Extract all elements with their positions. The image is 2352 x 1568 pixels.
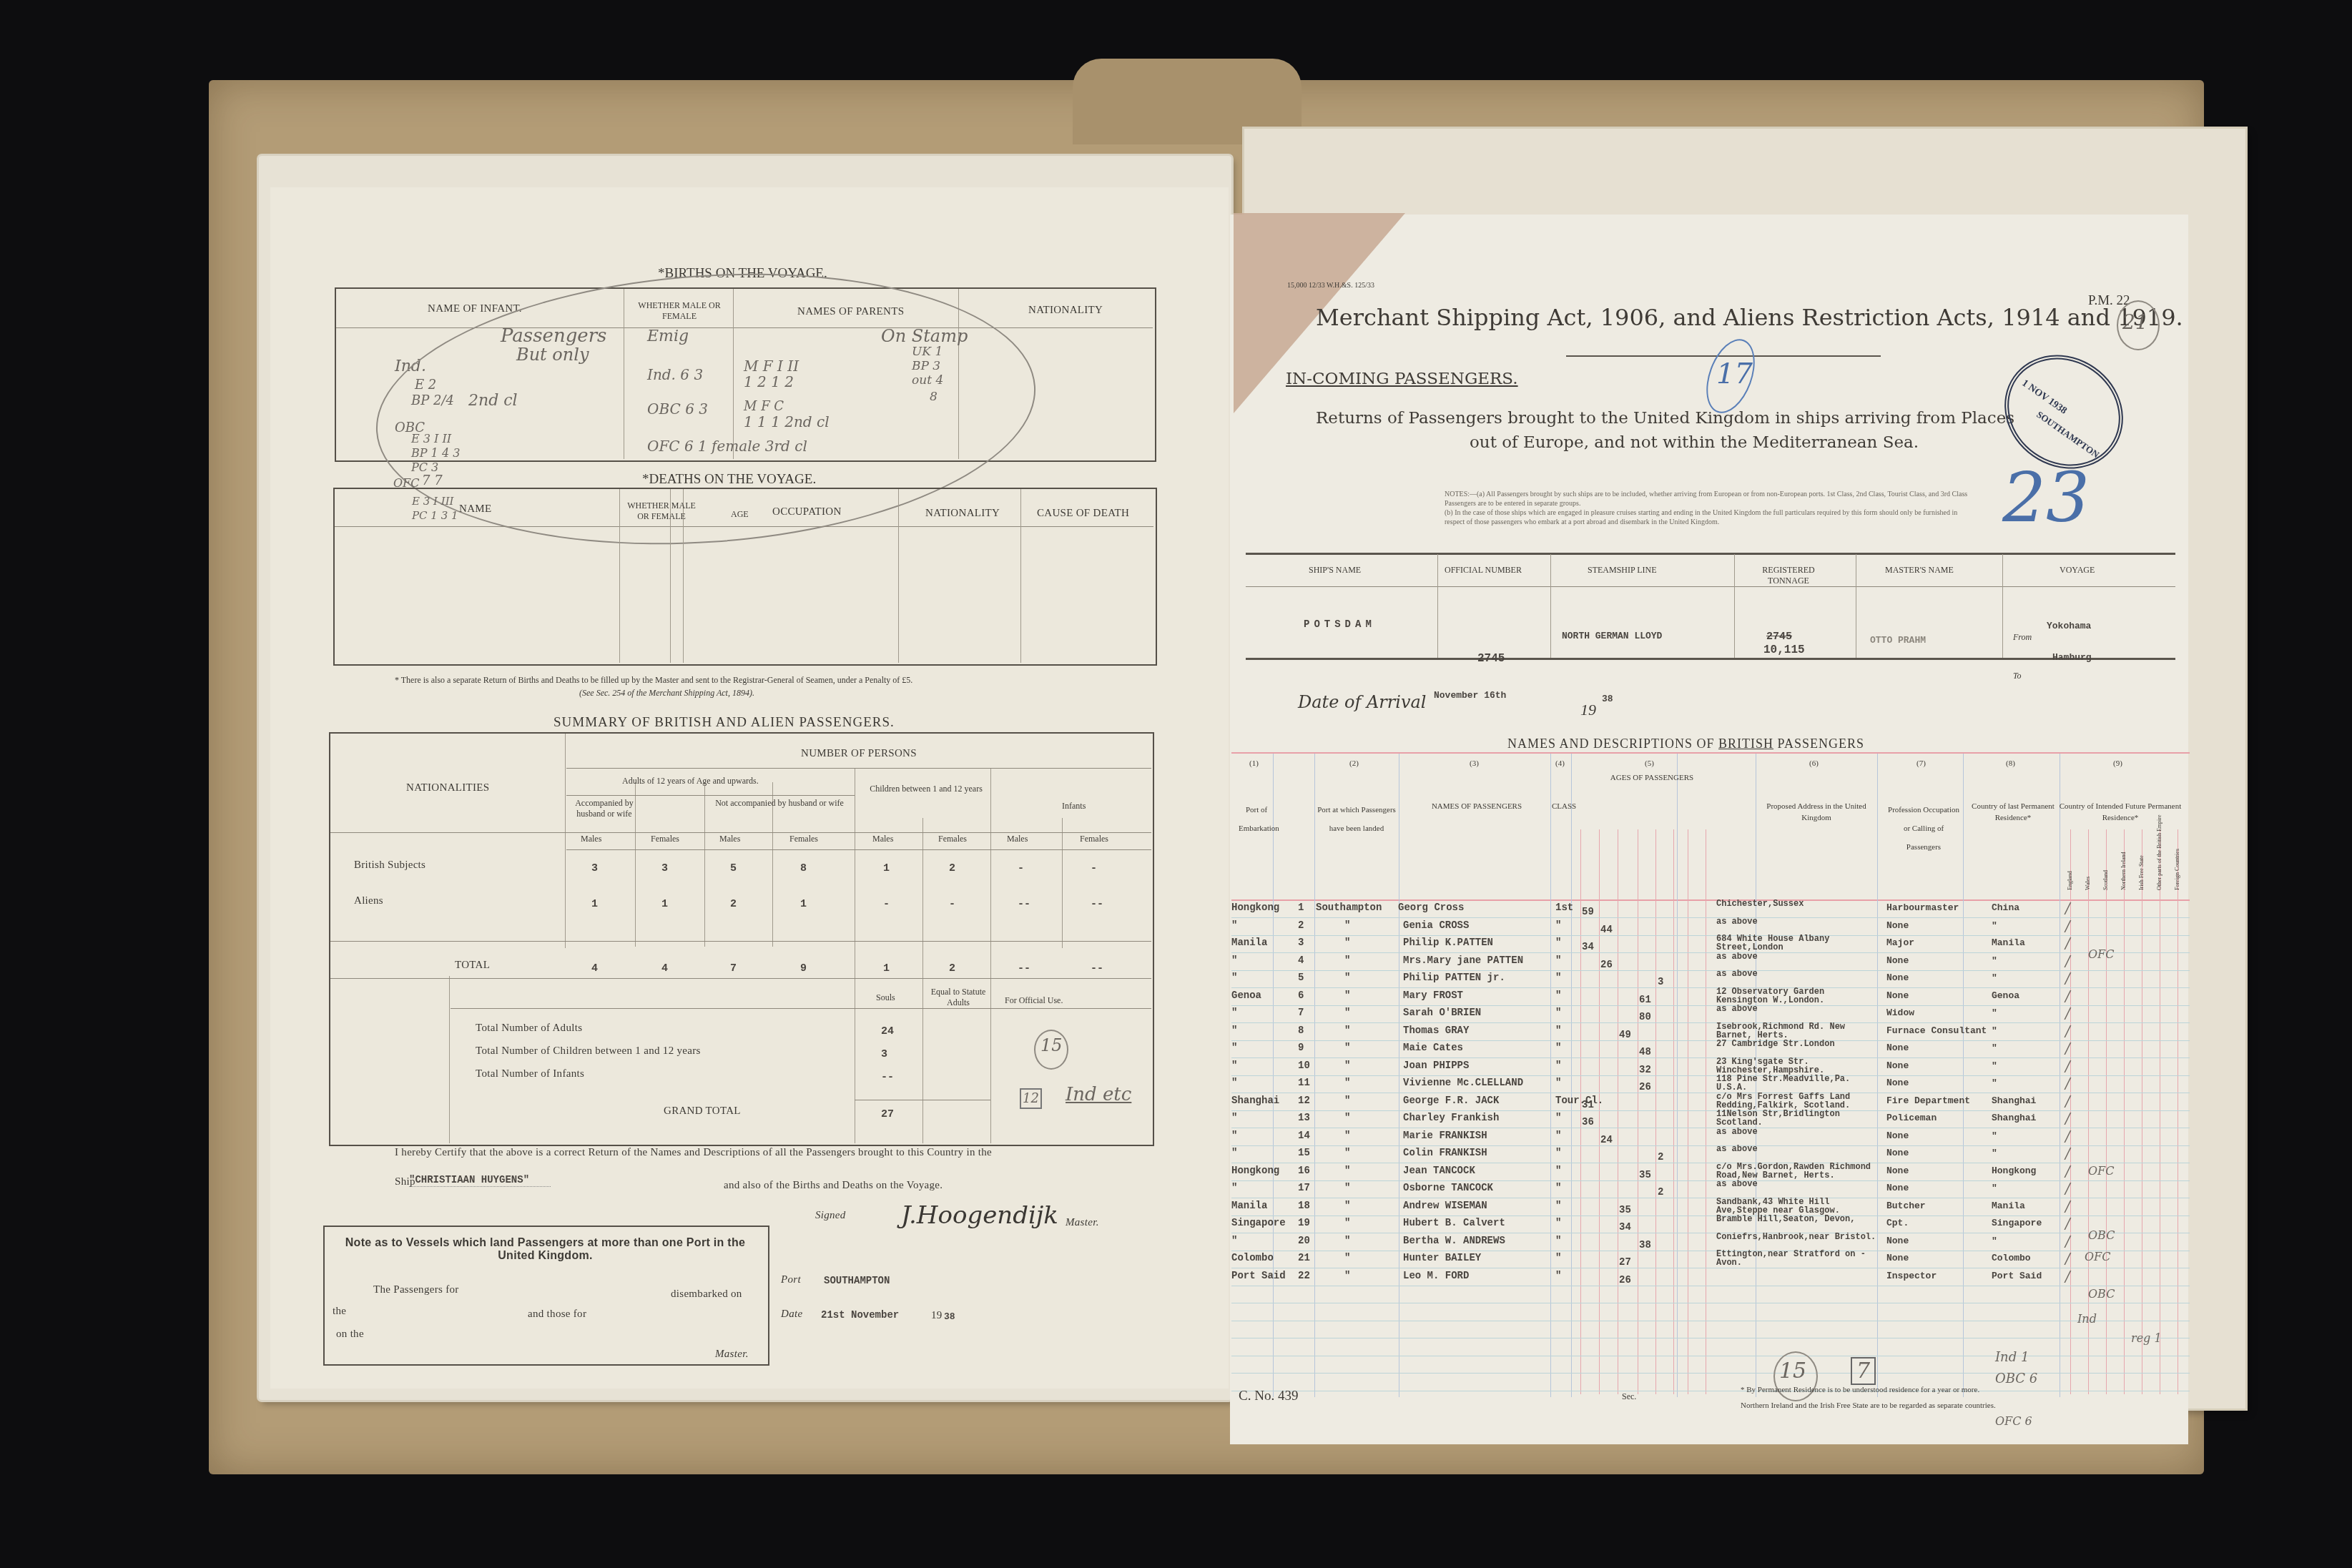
passenger-address: 11Nelson Str,Bridlington Scotland.	[1716, 1110, 1881, 1127]
passenger-class: "	[1555, 1236, 1561, 1247]
residence-tick: /	[2065, 1022, 2070, 1040]
form-number: C. No. 439	[1239, 1389, 1298, 1404]
ship-header: STEAMSHIP LINE	[1588, 565, 1695, 576]
bottom-reg: reg 1	[2131, 1331, 2162, 1345]
summary-accompanied: Accompanied by husband or wife	[572, 798, 636, 819]
passenger-profession: None	[1886, 1130, 1909, 1141]
passenger-number: 8	[1298, 1025, 1304, 1037]
passenger-number: 15	[1298, 1148, 1310, 1159]
passenger-class: "	[1555, 1165, 1561, 1177]
passenger-port: "	[1231, 1148, 1237, 1159]
column-header: Proposed Address in the United Kingdom	[1763, 801, 1870, 824]
column-header: Country of Intended Future Permanent Res…	[2056, 801, 2185, 824]
total-value: 24	[881, 1025, 894, 1037]
passenger-port: Shanghai	[1231, 1095, 1279, 1107]
passenger-class: "	[1555, 1025, 1561, 1037]
passenger-address: 118 Pine Str.Meadville,Pa. U.S.A.	[1716, 1075, 1881, 1092]
passenger-name: Genia CROSS	[1403, 920, 1469, 932]
passenger-name: Leo M. FORD	[1403, 1271, 1469, 1282]
ship-header: MASTER'S NAME	[1885, 565, 1992, 576]
passenger-name: Joan PHIPPS	[1403, 1060, 1469, 1072]
passenger-address: Isebrook,Richmond Rd. New Barnet, Herts.	[1716, 1022, 1881, 1040]
deaths-col-sex: WHETHER MALE OR FEMALE	[626, 501, 697, 522]
hw-deaths-ofc: OFC	[393, 476, 419, 490]
voyage-to-label: To	[2013, 671, 2022, 681]
passenger-landed: "	[1344, 1025, 1350, 1037]
ship-header: REGISTERED TONNAGE	[1756, 565, 1821, 586]
year-prefix: 19	[931, 1310, 943, 1322]
summary-cell: -	[1091, 862, 1097, 874]
males-header: Males	[872, 834, 893, 844]
passenger-number: 10	[1298, 1060, 1310, 1072]
passenger-name: Andrew WISEMAN	[1403, 1200, 1487, 1212]
passenger-class: "	[1555, 1271, 1561, 1282]
residence-tick: /	[2065, 1233, 2070, 1250]
passenger-profession: Cpt.	[1886, 1218, 1909, 1228]
passenger-landed: "	[1344, 920, 1350, 932]
passenger-landed: "	[1344, 1253, 1350, 1264]
residence-tick: /	[2065, 1145, 2070, 1162]
summary-infants-header: Infants	[1062, 801, 1086, 812]
port-label: Port	[781, 1274, 801, 1286]
passenger-country: Port Said	[1992, 1271, 2042, 1281]
passenger-port: "	[1231, 1025, 1237, 1037]
passenger-name: Jean TANCOCK	[1403, 1165, 1475, 1177]
master-signature: J.Hoogendijk	[901, 1201, 1058, 1230]
summary-cell: 8	[800, 862, 807, 874]
total-label: GRAND TOTAL	[664, 1105, 741, 1118]
passenger-number: 11	[1298, 1078, 1310, 1089]
passenger-country: Colombo	[1992, 1253, 2031, 1263]
passenger-address: as above	[1716, 970, 1881, 978]
passenger-port: "	[1231, 955, 1237, 967]
summary-cell: -	[1018, 862, 1024, 874]
passenger-profession: None	[1886, 1165, 1909, 1176]
passenger-port: Hongkong	[1231, 1165, 1279, 1177]
passenger-port: "	[1231, 1113, 1237, 1124]
passenger-country: Singapore	[1992, 1218, 2042, 1228]
passenger-class: 1st	[1555, 902, 1573, 914]
side-mark-ofc-3: OFC	[2085, 1250, 2110, 1263]
passenger-profession: None	[1886, 1236, 1909, 1246]
note-b: (b) In the case of those ships which are…	[1445, 509, 1957, 526]
residence-tick: /	[2065, 1180, 2070, 1197]
summary-cell: -	[883, 898, 890, 910]
passenger-age: 80	[1639, 1012, 1651, 1023]
official-number: 2745	[1477, 652, 1505, 665]
summary-row-label: Aliens	[354, 895, 383, 907]
blue-mark-23: 23	[2002, 458, 2090, 538]
passenger-profession: None	[1886, 920, 1909, 931]
column-header: NAMES OF PASSENGERS	[1405, 801, 1548, 812]
females-header: Females	[1080, 834, 1108, 844]
passenger-landed: "	[1344, 1183, 1350, 1194]
passenger-name: Maie Cates	[1403, 1042, 1463, 1054]
steamship-line: NORTH GERMAN LLOYD	[1562, 631, 1662, 641]
passenger-address: 12 Observatory Garden Kensington W.,Lond…	[1716, 987, 1881, 1005]
passenger-age: 24	[1600, 1135, 1613, 1146]
passenger-address: 684 White House Albany Street,London	[1716, 935, 1881, 952]
passenger-class: "	[1555, 1113, 1561, 1124]
passenger-address: as above	[1716, 1180, 1881, 1188]
passenger-age: 35	[1619, 1205, 1631, 1216]
passenger-profession: Furnace Consultant	[1886, 1025, 1987, 1036]
summary-cell: --	[1091, 898, 1103, 910]
passenger-profession: Major	[1886, 937, 1914, 948]
passenger-country: "	[1992, 972, 1997, 983]
column-header: Port of Embarkation	[1239, 801, 1274, 838]
passenger-number: 20	[1298, 1236, 1310, 1247]
deaths-col-nationality: NATIONALITY	[925, 508, 1000, 520]
residence-subheader: Other parts of the British Empire	[2156, 814, 2162, 890]
summary-cell: --	[1018, 962, 1030, 975]
passenger-country: Manila	[1992, 937, 2025, 948]
residence-tick: /	[2065, 935, 2070, 952]
residence-tick: /	[2065, 1268, 2070, 1285]
voyage-from-label: From	[2013, 632, 2032, 643]
passenger-number: 18	[1298, 1200, 1310, 1212]
summary-cell: -	[949, 898, 955, 910]
passenger-landed: "	[1344, 937, 1350, 949]
passenger-name: Mary FROST	[1403, 990, 1463, 1002]
passenger-landed: "	[1344, 990, 1350, 1002]
residence-tick: /	[2065, 970, 2070, 987]
passenger-port: "	[1231, 1183, 1237, 1194]
passenger-address: as above	[1716, 1128, 1881, 1136]
passenger-port: Singapore	[1231, 1218, 1286, 1229]
passenger-landed: "	[1344, 1113, 1350, 1124]
souls-header: Souls	[876, 992, 895, 1003]
column-number: (8)	[2006, 759, 2015, 768]
passenger-landed: "	[1344, 1236, 1350, 1247]
passenger-name: George F.R. JACK	[1403, 1095, 1499, 1107]
names-title-a: NAMES AND DESCRIPTIONS OF	[1507, 736, 1715, 751]
passenger-age: 31	[1582, 1100, 1594, 1111]
passenger-port: Genoa	[1231, 990, 1261, 1002]
passenger-class: "	[1555, 1200, 1561, 1212]
circled-number-text: 21	[2122, 310, 2148, 334]
residence-tick: /	[2065, 899, 2070, 917]
passenger-age: 3	[1658, 977, 1663, 988]
summary-cell: 5	[730, 862, 737, 874]
passenger-address: Coniefrs,Hanbrook,near Bristol.	[1716, 1233, 1881, 1241]
passenger-name: Bertha W. ANDREWS	[1403, 1236, 1505, 1247]
passenger-profession: None	[1886, 955, 1909, 966]
act-title: Merchant Shipping Act, 1906, and Aliens …	[1316, 304, 2183, 331]
note-line1-a: The Passengers for	[373, 1284, 459, 1296]
summary-number-of-persons: NUMBER OF PERSONS	[801, 748, 917, 760]
passenger-port: Hongkong	[1231, 902, 1279, 914]
passenger-class: "	[1555, 972, 1561, 984]
deaths-col-age: AGE	[731, 509, 749, 520]
side-mark-ind: Ind	[2077, 1312, 2097, 1326]
passenger-address: as above	[1716, 1005, 1881, 1013]
passenger-number: 13	[1298, 1113, 1310, 1124]
passenger-name: Philip PATTEN jr.	[1403, 972, 1505, 984]
summary-cell: 1	[883, 862, 890, 874]
passenger-port: Port Said	[1231, 1271, 1286, 1282]
passenger-profession: None	[1886, 1078, 1909, 1088]
passenger-address: Bramble Hill,Seaton, Devon,	[1716, 1215, 1881, 1223]
passenger-address: c/o Mrs Forrest Gaffs Land Redding,Falki…	[1716, 1093, 1881, 1110]
passenger-country: "	[1992, 1025, 1997, 1036]
tonnage-struck: 2745	[1766, 631, 1792, 643]
bottom-circled-15: 15	[1779, 1359, 1806, 1384]
residence-tick: /	[2065, 1057, 2070, 1075]
passenger-class: Tour.Cl.	[1555, 1095, 1603, 1107]
births-deaths-footnote-ref: (See Sec. 254 of the Merchant Shipping A…	[579, 688, 754, 699]
passenger-class: "	[1555, 1060, 1561, 1072]
passenger-age: 61	[1639, 995, 1651, 1006]
passenger-age: 26	[1619, 1275, 1631, 1286]
passenger-name: Charley Frankish	[1403, 1113, 1499, 1124]
passenger-name: Osborne TANCOCK	[1403, 1183, 1493, 1194]
passenger-name: Hubert B. Calvert	[1403, 1218, 1505, 1229]
passenger-number: 4	[1298, 955, 1304, 967]
passenger-class: "	[1555, 1130, 1561, 1142]
summary-cell: --	[1091, 962, 1103, 975]
passenger-class: "	[1555, 1148, 1561, 1159]
passenger-port: "	[1231, 1078, 1237, 1089]
passenger-port: Colombo	[1231, 1253, 1274, 1264]
births-col-nationality: NATIONALITY	[1028, 305, 1103, 317]
passenger-port: "	[1231, 1042, 1237, 1054]
passenger-profession: None	[1886, 1060, 1909, 1071]
passenger-country: Shanghai	[1992, 1095, 2036, 1106]
passenger-landed: "	[1344, 1165, 1350, 1177]
column-number: (1)	[1249, 759, 1259, 768]
males-header: Males	[1007, 834, 1028, 844]
passenger-number: 12	[1298, 1095, 1310, 1107]
passenger-age: 26	[1600, 960, 1613, 971]
residence-subheader: Foreign Countries	[2174, 849, 2180, 890]
bottom-ind: Ind 1	[1995, 1350, 2029, 1365]
passenger-name: Mrs.Mary jane PATTEN	[1403, 955, 1523, 967]
passenger-address: as above	[1716, 1145, 1881, 1153]
master-label: Master.	[1066, 1217, 1099, 1229]
males-header: Males	[581, 834, 601, 844]
passenger-country: "	[1992, 1007, 1997, 1018]
passenger-address: 23 King'sgate Str. Winchester,Hampshire.	[1716, 1057, 1881, 1075]
column-number: (2)	[1349, 759, 1359, 768]
hw-deaths-e3: E 3 I III	[412, 495, 454, 508]
passenger-age: 27	[1619, 1257, 1631, 1268]
column-number: (6)	[1809, 759, 1819, 768]
passenger-class: "	[1555, 1253, 1561, 1264]
passenger-age: 34	[1619, 1222, 1631, 1233]
official-mark-12: 12	[1020, 1088, 1042, 1109]
statute-adults-header: Equal to Statute Adults	[930, 987, 987, 1008]
passenger-landed: Southampton	[1316, 902, 1382, 914]
passenger-age: 44	[1600, 924, 1613, 936]
official-use-header: For Official Use.	[1005, 995, 1063, 1006]
passenger-number: 3	[1298, 937, 1304, 949]
returns-line-2: out of Europe, and not within the Medite…	[1470, 433, 1919, 452]
passenger-profession: Butcher	[1886, 1200, 1926, 1211]
residence-tick: /	[2065, 1163, 2070, 1180]
ship-name-field: "CHRISTIAAN HUYGENS"	[409, 1175, 551, 1187]
note-master: Master.	[715, 1348, 749, 1361]
ship-header: VOYAGE	[2060, 565, 2167, 576]
sec-label: Sec.	[1622, 1391, 1636, 1402]
bottom-boxed-7: 7	[1851, 1357, 1876, 1385]
year-field: 38	[944, 1311, 955, 1322]
hw-deaths-pc1: PC 1 3 1	[412, 509, 458, 522]
passenger-class: "	[1555, 1042, 1561, 1054]
side-mark-ofc-2: OFC	[2088, 1164, 2114, 1178]
passenger-class: "	[1555, 1078, 1561, 1089]
passenger-country: "	[1992, 955, 1997, 966]
passenger-name: Georg Cross	[1398, 902, 1464, 914]
passenger-class: "	[1555, 937, 1561, 949]
passenger-profession: None	[1886, 1148, 1909, 1158]
passenger-age: 32	[1639, 1065, 1651, 1076]
passenger-number: 2	[1298, 920, 1304, 932]
passenger-country: "	[1992, 1042, 1997, 1053]
names-descriptions-title: NAMES AND DESCRIPTIONS OF BRITISH PASSEN…	[1507, 736, 1864, 751]
passenger-port: Manila	[1231, 937, 1267, 949]
summary-cell: 3	[591, 862, 598, 874]
arrival-label: Date of Arrival	[1298, 692, 1426, 712]
passenger-age: 49	[1619, 1030, 1631, 1041]
passenger-country: Genoa	[1992, 990, 2019, 1001]
summary-cell: 4	[591, 962, 598, 975]
deaths-col-cause: CAUSE OF DEATH	[1037, 508, 1129, 520]
column-header: Port at which Passengers have been lande…	[1317, 801, 1396, 838]
date-label: Date	[781, 1308, 802, 1321]
passenger-number: 14	[1298, 1130, 1310, 1142]
incoming-passengers-heading: IN-COMING PASSENGERS.	[1286, 370, 1518, 388]
registered-tonnage: 10,115	[1763, 644, 1805, 656]
passenger-landed: "	[1344, 1271, 1350, 1282]
passenger-address: c/o Mrs.Gordon,Rawden Richmond Road,New …	[1716, 1163, 1881, 1180]
residence-subheader: Northern Ireland	[2120, 852, 2127, 890]
residence-tick: /	[2065, 987, 2070, 1005]
males-header: Males	[719, 834, 740, 844]
blue-mark-17: 17	[1716, 358, 1753, 390]
passenger-country: China	[1992, 902, 2019, 913]
passenger-profession: None	[1886, 972, 1909, 983]
passenger-profession: Fire Department	[1886, 1095, 1970, 1106]
official-mark-ind: Ind etc	[1066, 1084, 1131, 1105]
total-value: 3	[881, 1048, 887, 1060]
bottom-obc: OBC 6	[1995, 1371, 2037, 1386]
ship-header: OFFICIAL NUMBER	[1445, 565, 1552, 576]
passenger-age: 36	[1582, 1117, 1594, 1128]
residence-tick: /	[2065, 1093, 2070, 1110]
note-line2-a: the	[333, 1306, 346, 1318]
females-header: Females	[938, 834, 967, 844]
port-field: SOUTHAMPTON	[824, 1276, 890, 1287]
passenger-country: "	[1992, 1078, 1997, 1088]
summary-cell: 1	[591, 898, 598, 910]
form-notes: NOTES:—(a) All Passengers brought by suc…	[1445, 490, 1974, 527]
passenger-landed: "	[1344, 1200, 1350, 1212]
side-mark-obc-1: OBC	[2088, 1228, 2115, 1242]
passenger-country: "	[1992, 1060, 1997, 1071]
passenger-number: 5	[1298, 972, 1304, 984]
summary-not-accompanied: Not accompanied by husband or wife	[708, 798, 851, 809]
summary-row-label: TOTAL	[455, 960, 490, 972]
passenger-address: as above	[1716, 952, 1881, 961]
summary-cell: 7	[730, 962, 737, 975]
note-box-title: Note as to Vessels which land Passengers…	[336, 1237, 754, 1263]
passenger-landed: "	[1344, 1130, 1350, 1142]
passenger-port: "	[1231, 920, 1237, 932]
deaths-col-occupation: OCCUPATION	[772, 506, 842, 518]
total-value: 27	[881, 1108, 894, 1120]
date-field: 21st November	[821, 1310, 899, 1321]
total-label: Total Number of Children between 1 and 1…	[476, 1045, 701, 1057]
voyage-from: Yokohama	[2047, 621, 2091, 631]
side-mark-obc-2: OBC	[2088, 1287, 2115, 1301]
arrival-year-prefix: 19	[1580, 701, 1596, 719]
passenger-name: Sarah O'BRIEN	[1403, 1007, 1481, 1019]
ireland-footnote: Northern Ireland and the Irish Free Stat…	[1741, 1401, 1996, 1410]
summary-cell: 4	[661, 962, 668, 975]
summary-cell: 2	[949, 962, 955, 975]
signed-label: Signed	[815, 1210, 846, 1222]
deaths-title: *DEATHS ON THE VOYAGE.	[642, 472, 816, 488]
residence-tick: /	[2065, 1110, 2070, 1127]
passenger-number: 9	[1298, 1042, 1304, 1054]
females-header: Females	[651, 834, 679, 844]
passenger-profession: None	[1886, 1253, 1909, 1263]
passenger-country: "	[1992, 1130, 1997, 1141]
note-line1-b: disembarked on	[671, 1288, 742, 1301]
passenger-landed: "	[1344, 955, 1350, 967]
passenger-class: "	[1555, 1218, 1561, 1229]
print-code: 15,000 12/33 W.H.&S. 125/33	[1287, 282, 1374, 290]
total-value: --	[881, 1071, 894, 1083]
column-number: (4)	[1555, 759, 1565, 768]
total-label: Total Number of Infants	[476, 1068, 584, 1080]
passenger-port: "	[1231, 1130, 1237, 1142]
passenger-age: 34	[1582, 942, 1594, 953]
passenger-class: "	[1555, 990, 1561, 1002]
passenger-age: 48	[1639, 1047, 1651, 1058]
residence-subheader: Scotland	[2102, 870, 2109, 890]
names-title-british: BRITISH	[1718, 736, 1773, 751]
passenger-name: Colin FRANKISH	[1403, 1148, 1487, 1159]
summary-cell: --	[1018, 898, 1030, 910]
masters-name: OTTO PRAHM	[1870, 635, 1926, 646]
bottom-ofc: OFC 6	[1995, 1414, 2032, 1428]
passenger-age: 59	[1582, 907, 1594, 918]
passenger-port: "	[1231, 1007, 1237, 1019]
summary-cell: 1	[883, 962, 890, 975]
passenger-country: Shanghai	[1992, 1113, 2036, 1123]
summary-adults-header: Adults of 12 years of Age and upwards.	[622, 776, 759, 787]
side-mark-ofc-1: OFC	[2088, 947, 2114, 961]
passenger-landed: "	[1344, 1148, 1350, 1159]
passenger-profession: None	[1886, 1183, 1909, 1193]
passenger-country: Manila	[1992, 1200, 2025, 1211]
passenger-landed: "	[1344, 1060, 1350, 1072]
arrival-year: 38	[1602, 694, 1613, 704]
residence-tick: /	[2065, 917, 2070, 935]
residence-subheader: Irish Free State	[2138, 855, 2145, 890]
passenger-profession: Widow	[1886, 1007, 1914, 1018]
passenger-port: "	[1231, 972, 1237, 984]
passenger-class: "	[1555, 1007, 1561, 1019]
note-line2-b: and those for	[528, 1308, 586, 1321]
passenger-age: 35	[1639, 1170, 1651, 1181]
passenger-landed: "	[1344, 1095, 1350, 1107]
column-number: (7)	[1916, 759, 1926, 768]
passenger-number: 21	[1298, 1253, 1310, 1264]
passenger-profession: None	[1886, 1042, 1909, 1053]
